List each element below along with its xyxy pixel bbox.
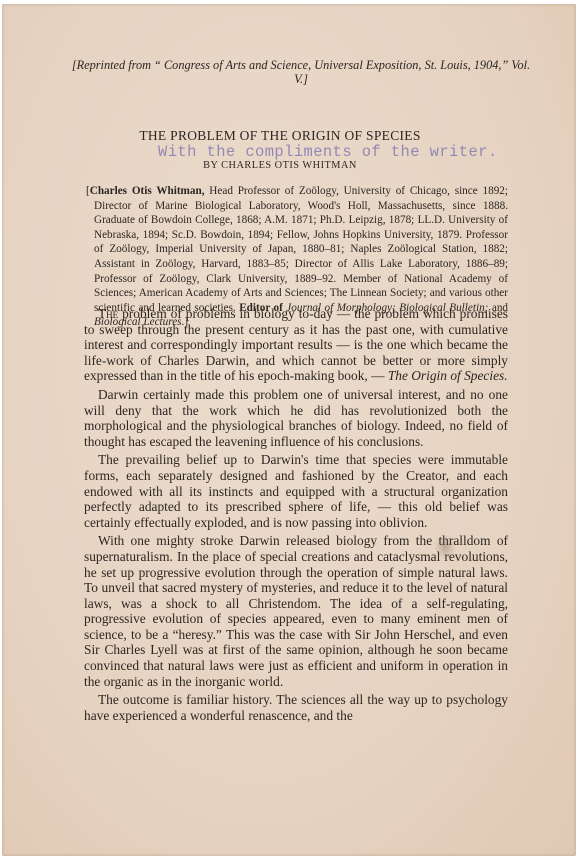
paper-stain [434,534,456,560]
paragraph-5: The outcome is familiar history. The sci… [84,692,508,723]
typewritten-inscription: With the compliments of the writer. [158,143,498,161]
article-title: THE PROBLEM OF THE ORIGIN OF SPECIES [62,128,498,144]
document-page: [Reprinted from “ Congress of Arts and S… [2,4,576,856]
bio-name: Charles Otis Whitman, [90,185,205,197]
paragraph-3: The prevailing belief up to Darwin's tim… [84,452,508,530]
reprint-note: [Reprinted from “ Congress of Arts and S… [64,58,538,86]
lead-word: The [98,306,118,321]
article-body: The problem of problems in biology to-da… [84,306,508,723]
author-byline: BY CHARLES OTIS WHITMAN [62,160,498,171]
paragraph-2: Darwin certainly made this problem one o… [84,387,508,449]
bio-text: Head Professor of Zoölogy, University of… [94,185,508,314]
book-title: The Origin of Species. [388,368,508,383]
paragraph-1: The problem of problems in biology to-da… [84,306,508,384]
